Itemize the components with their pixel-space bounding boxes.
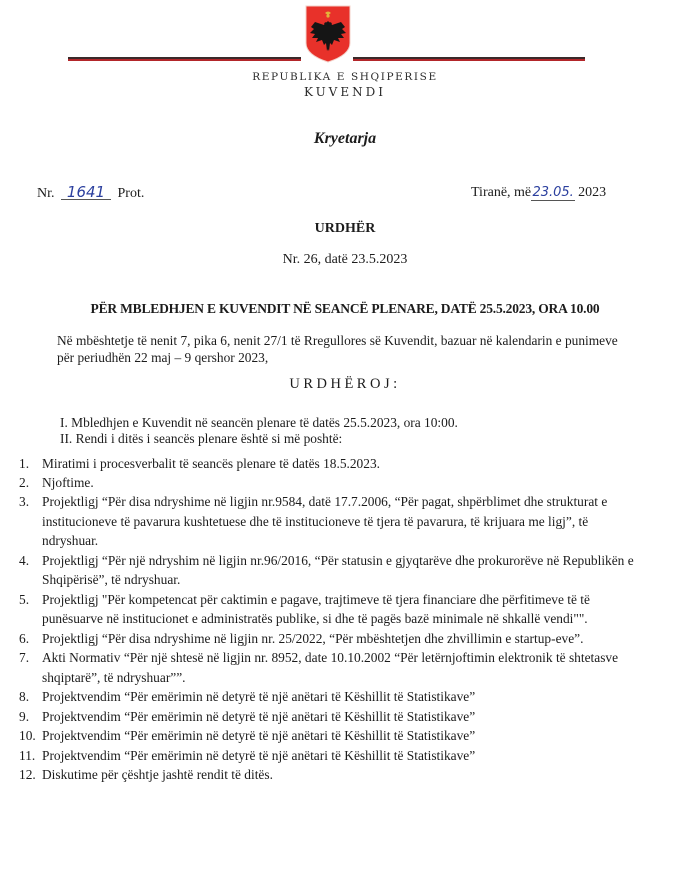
agenda-text: Projektvendim “Për emërimin në detyrë të…	[42, 728, 475, 743]
year: 2023	[578, 185, 606, 200]
agenda-item: 10.Projektvendim “Për emërimin në detyrë…	[0, 726, 640, 746]
header-rule-left	[68, 57, 301, 61]
office-title: Kryetarja	[0, 130, 690, 148]
agenda-item: 5.Projektligj "Për kompetencat për cakti…	[0, 590, 640, 629]
place-label: Tiranë, më	[471, 185, 531, 200]
agenda-text: Projektligj “Për një ndryshim në ligjin …	[42, 553, 634, 588]
point-i: I. Mbledhjen e Kuvendit në seancën plena…	[60, 414, 640, 431]
agenda-number: 1.	[19, 455, 29, 474]
agenda-text: Projektvendim “Për emërimin në detyrë të…	[42, 748, 475, 763]
agenda-text: Akti Normativ “Për një shtesë në ligjin …	[42, 650, 618, 685]
header-rule-right	[353, 57, 585, 61]
agenda-text: Projektvendim “Për emërimin në detyrë të…	[42, 689, 475, 704]
order-number-date: Nr. 26, datë 23.5.2023	[0, 252, 690, 268]
point-text: Mbledhjen e Kuvendit në seancën plenare …	[71, 415, 458, 430]
agenda-item: 7.Akti Normativ “Për një shtesë në ligji…	[0, 648, 640, 687]
agenda-item: 1.Miratimi i procesverbalit të seancës p…	[0, 455, 640, 474]
agenda-text: Projektvendim “Për emërimin në detyrë të…	[42, 709, 475, 724]
agenda-text: Projektligj "Për kompetencat për caktimi…	[42, 592, 590, 627]
agenda-number: 2.	[19, 474, 29, 493]
agenda-text: Diskutime për çështje jashtë rendit të d…	[42, 767, 273, 782]
date-handwritten-value: 23.05.	[531, 186, 575, 201]
protocol-number: Nr. 1641 Prot.	[37, 185, 144, 202]
agenda-number: 9.	[19, 707, 29, 727]
agenda-item: 3.Projektligj “Për disa ndryshime në lig…	[0, 492, 640, 551]
agenda-text: Projektligj “Për disa ndryshime në ligji…	[42, 631, 583, 646]
agenda-item: 4.Projektligj “Për një ndryshim në ligji…	[0, 551, 640, 590]
point-text: Rendi i ditës i seancës plenare është si…	[76, 431, 343, 446]
institution-name: KUVENDI	[0, 85, 690, 99]
agenda-item: 6.Projektligj “Për disa ndryshime në lig…	[0, 629, 640, 649]
republic-name: REPUBLIKA E SHQIPERISE	[0, 71, 690, 83]
agenda-item: 12.Diskutime për çështje jashtë rendit t…	[0, 765, 640, 785]
point-number: I.	[60, 415, 68, 430]
agenda-item: 11.Projektvendim “Për emërimin në detyrë…	[0, 746, 640, 766]
agenda-text: Miratimi i procesverbalit të seancës ple…	[42, 456, 380, 471]
decree-heading: URDHËROJ:	[0, 376, 690, 393]
agenda-list: 1.Miratimi i procesverbalit të seancës p…	[0, 455, 640, 785]
order-intro: Në mbështetje të nenit 7, pika 6, nenit …	[57, 332, 637, 366]
agenda-number: 11.	[19, 746, 35, 766]
place-date: Tiranë, më23.05.2023	[471, 185, 606, 201]
order-subject: PËR MBLEDHJEN E KUVENDIT NË SEANCË PLENA…	[0, 301, 690, 317]
agenda-item: 9.Projektvendim “Për emërimin në detyrë …	[0, 707, 640, 727]
point-number: II.	[60, 431, 72, 446]
agenda-number: 4.	[19, 551, 29, 571]
agenda-item: 8.Projektvendim “Për emërimin në detyrë …	[0, 687, 640, 707]
prot-label: Prot.	[118, 186, 145, 201]
nr-label: Nr.	[37, 186, 55, 201]
agenda-number: 7.	[19, 648, 29, 668]
agenda-number: 5.	[19, 590, 29, 610]
agenda-text: Njoftime.	[42, 475, 94, 490]
point-ii: II. Rendi i ditës i seancës plenare ësht…	[60, 430, 640, 447]
agenda-number: 12.	[19, 765, 36, 785]
nr-handwritten-value: 1641	[61, 185, 111, 200]
agenda-item: 2.Njoftime.	[0, 474, 640, 493]
agenda-number: 3.	[19, 492, 29, 512]
albanian-eagle-emblem-icon	[305, 5, 351, 63]
agenda-number: 10.	[19, 726, 36, 746]
order-title: URDHËR	[0, 221, 690, 237]
agenda-number: 8.	[19, 687, 29, 707]
agenda-text: Projektligj “Për disa ndryshime në ligji…	[42, 494, 607, 548]
agenda-number: 6.	[19, 629, 29, 649]
